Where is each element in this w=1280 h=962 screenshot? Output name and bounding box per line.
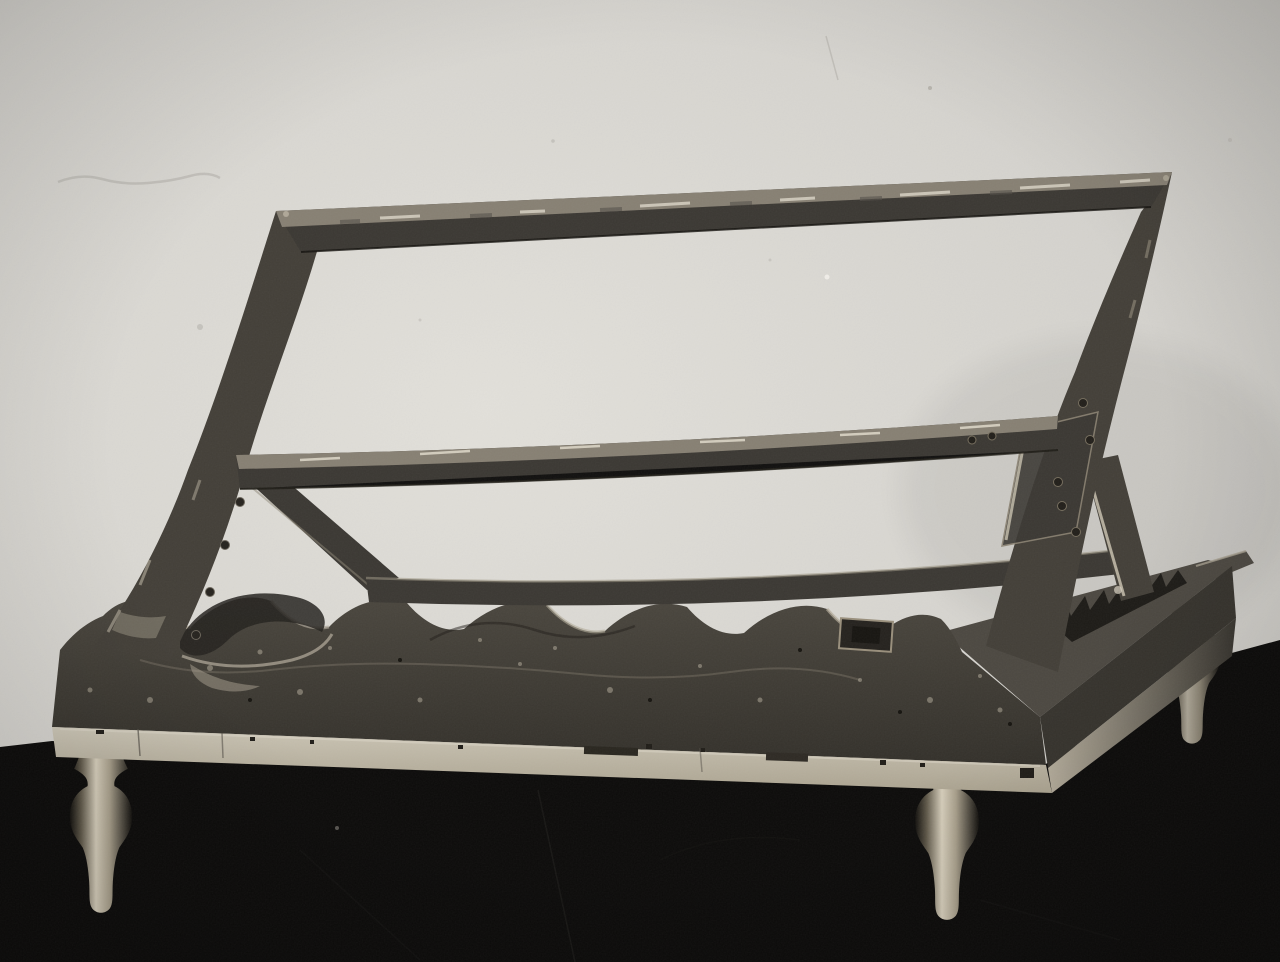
photograph [0,0,1280,962]
vignette [0,0,1280,962]
photo-canvas [0,0,1280,962]
